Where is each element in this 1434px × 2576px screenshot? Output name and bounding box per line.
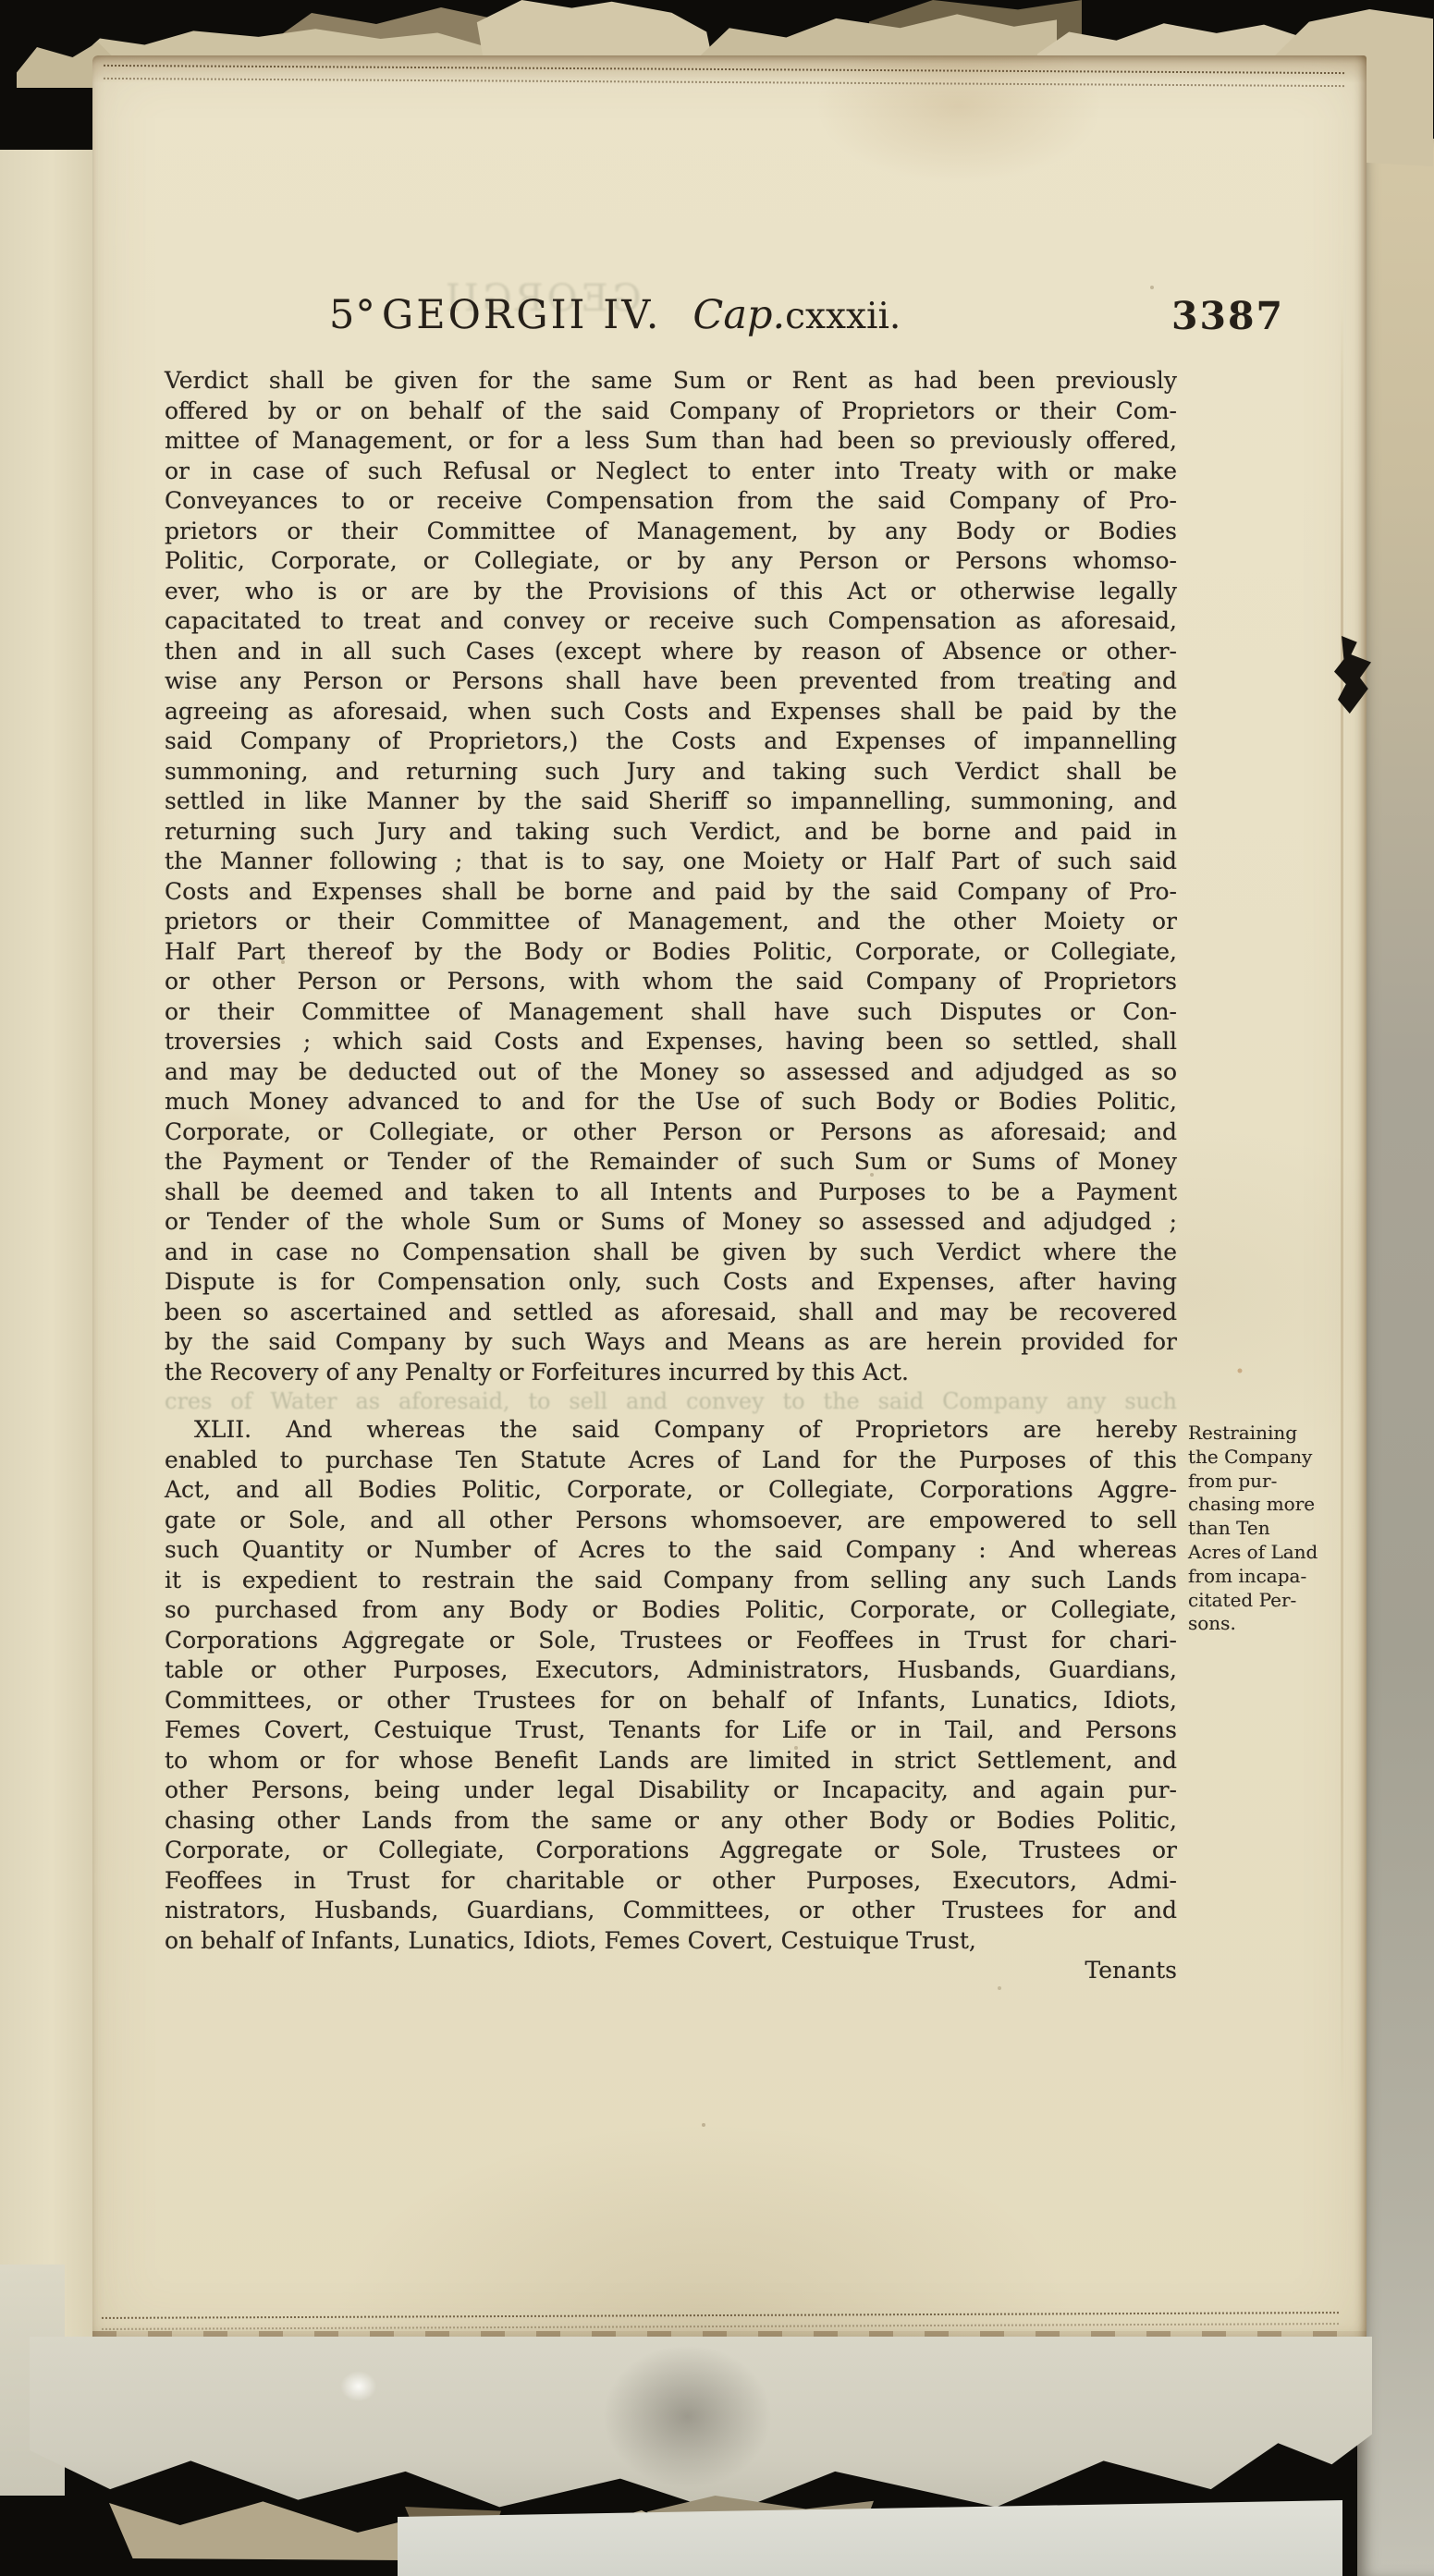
margin-note-line: the Company: [1188, 1446, 1353, 1470]
paragraph-continuation: Verdict shall be given for the same Sum …: [165, 366, 1177, 1387]
body-text-line: capacitated to treat and convey or recei…: [165, 606, 1177, 637]
body-text-line: Committees, or other Trustees for on beh…: [165, 1686, 1177, 1716]
margin-note-line: sons.: [1188, 1612, 1353, 1636]
monarch-name: GEORGII IV.: [382, 292, 662, 338]
margin-note-line: from incapa-: [1188, 1565, 1353, 1589]
body-text-line: said Company of Proprietors,) the Costs …: [165, 726, 1177, 757]
body-text-line: returning such Jury and taking such Verd…: [165, 817, 1177, 848]
body-text-line: or Tender of the whole Sum or Sums of Mo…: [165, 1207, 1177, 1238]
body-text-line: Corporations Aggregate or Sole, Trustees…: [165, 1626, 1177, 1656]
body-text-line: Feoffees in Trust for charitable or othe…: [165, 1866, 1177, 1897]
body-text-line: mittee of Management, or for a less Sum …: [165, 426, 1177, 457]
body-text-line: Costs and Expenses shall be borne and pa…: [165, 877, 1177, 908]
document-page: GEORGII 5°GEORGII IV.Cap.cxxxii. 3387 Ve…: [92, 55, 1367, 2346]
body-text-line: or other Person or Persons, with whom th…: [165, 967, 1177, 997]
body-text-line: enabled to purchase Ten Statute Acres of…: [165, 1446, 1177, 1476]
body-text-line: or their Committee of Management shall h…: [165, 997, 1177, 1028]
body-text-line: or in case of such Refusal or Neglect to…: [165, 457, 1177, 487]
body-text-line: the Payment or Tender of the Remainder o…: [165, 1147, 1177, 1178]
page-header: GEORGII 5°GEORGII IV.Cap.cxxxii. 3387: [165, 292, 1256, 346]
next-page-edge: [1357, 139, 1434, 2576]
body-text-line: table or other Purposes, Executors, Admi…: [165, 1655, 1177, 1686]
margin-note-line: citated Per-: [1188, 1589, 1353, 1613]
body-text-line: the Recovery of any Penalty or Forfeitur…: [165, 1358, 1177, 1388]
body-text-line: then and in all such Cases (except where…: [165, 637, 1177, 667]
regnal-year: 5°: [329, 292, 376, 338]
paragraph-xlii: XLII. And whereas the said Company of Pr…: [165, 1415, 1177, 1956]
marginal-note: Restrainingthe Companyfrom pur-chasing m…: [1188, 1422, 1353, 1636]
body-text-line: Politic, Corporate, or Collegiate, or by…: [165, 546, 1177, 577]
body-text-line: Act, and all Bodies Politic, Corporate, …: [165, 1475, 1177, 1506]
body-text-line: been so ascertained and settled as afore…: [165, 1298, 1177, 1328]
body-text-line: gate or Sole, and all other Persons whom…: [165, 1506, 1177, 1536]
body-text-line: agreeing as aforesaid, when such Costs a…: [165, 697, 1177, 727]
body-text-line: Femes Covert, Cestuique Trust, Tenants f…: [165, 1715, 1177, 1746]
document-title: 5°GEORGII IV.Cap.cxxxii.: [329, 292, 901, 338]
body-text-line: Conveyances to or receive Compensation f…: [165, 486, 1177, 517]
body-text-line: nistrators, Husbands, Guardians, Committ…: [165, 1896, 1177, 1926]
body-text-line: on behalf of Infants, Lunatics, Idiots, …: [165, 1926, 1177, 1957]
body-text-line: and may be deducted out of the Money so …: [165, 1057, 1177, 1088]
body-text-line: so purchased from any Body or Bodies Pol…: [165, 1595, 1177, 1626]
margin-note-line: than Ten: [1188, 1517, 1353, 1541]
body-text-line: much Money advanced to and for the Use o…: [165, 1087, 1177, 1117]
body-text-line: it is expedient to restrain the said Com…: [165, 1566, 1177, 1596]
body-text-line: chasing other Lands from the same or any…: [165, 1806, 1177, 1837]
body-text-line: offered by or on behalf of the said Comp…: [165, 397, 1177, 427]
body-text-line: prietors or their Committee of Managemen…: [165, 517, 1177, 547]
body-text-line: by the said Company by such Ways and Mea…: [165, 1327, 1177, 1358]
body-text-line: prietors or their Committee of Managemen…: [165, 907, 1177, 937]
paper-specks: [92, 55, 94, 57]
stitch-line-bottom: [102, 2312, 1339, 2330]
page-number: 3387: [1145, 294, 1311, 338]
stitch-line-top: [104, 65, 1344, 87]
body-text-line: Dispute is for Compensation only, such C…: [165, 1267, 1177, 1298]
catchword: Tenants: [165, 1956, 1177, 1986]
body-text-line: settled in like Manner by the said Sheri…: [165, 787, 1177, 817]
body-text-line: ever, who is or are by the Provisions of…: [165, 577, 1177, 607]
next-leaf-bottom: [30, 2337, 1372, 2514]
bleedthrough-text: cres of Water as aforesaid, to sell and …: [165, 1388, 1177, 1414]
page-crease: [1341, 305, 1343, 2107]
body-text-line: to whom or for whose Benefit Lands are l…: [165, 1746, 1177, 1776]
body-text-line: Verdict shall be given for the same Sum …: [165, 366, 1177, 397]
previous-page-edge: [0, 150, 94, 2465]
body-text-line: other Persons, being under legal Disabil…: [165, 1776, 1177, 1806]
body-text-line: troversies ; which said Costs and Expens…: [165, 1027, 1177, 1057]
book-scan: GEORGII 5°GEORGII IV.Cap.cxxxii. 3387 Ve…: [0, 0, 1434, 2576]
margin-note-line: from pur-: [1188, 1470, 1353, 1494]
body-text-line: wise any Person or Persons shall have be…: [165, 666, 1177, 697]
lower-page-edge: [398, 2500, 1342, 2576]
text-column: Verdict shall be given for the same Sum …: [165, 366, 1177, 1986]
margin-note-line: Restraining: [1188, 1422, 1353, 1446]
body-text-line: Corporate, or Collegiate, Corporations A…: [165, 1836, 1177, 1866]
body-text-line: Half Part thereof by the Body or Bodies …: [165, 937, 1177, 968]
body-text-line: summoning, and returning such Jury and t…: [165, 757, 1177, 787]
margin-note-line: chasing more: [1188, 1493, 1353, 1517]
body-text-line: and in case no Compensation shall be giv…: [165, 1238, 1177, 1268]
body-text-line: such Quantity or Number of Acres to the …: [165, 1535, 1177, 1566]
body-text-line: the Manner following ; that is to say, o…: [165, 847, 1177, 877]
body-text-line: XLII. And whereas the said Company of Pr…: [165, 1415, 1177, 1446]
chapter-number: cxxxii.: [785, 296, 901, 337]
chapter-label: Cap.: [692, 292, 785, 338]
body-text-line: shall be deemed and taken to all Intents…: [165, 1178, 1177, 1208]
body-text-line: Corporate, or Collegiate, or other Perso…: [165, 1117, 1177, 1148]
margin-note-line: Acres of Land: [1188, 1541, 1353, 1565]
